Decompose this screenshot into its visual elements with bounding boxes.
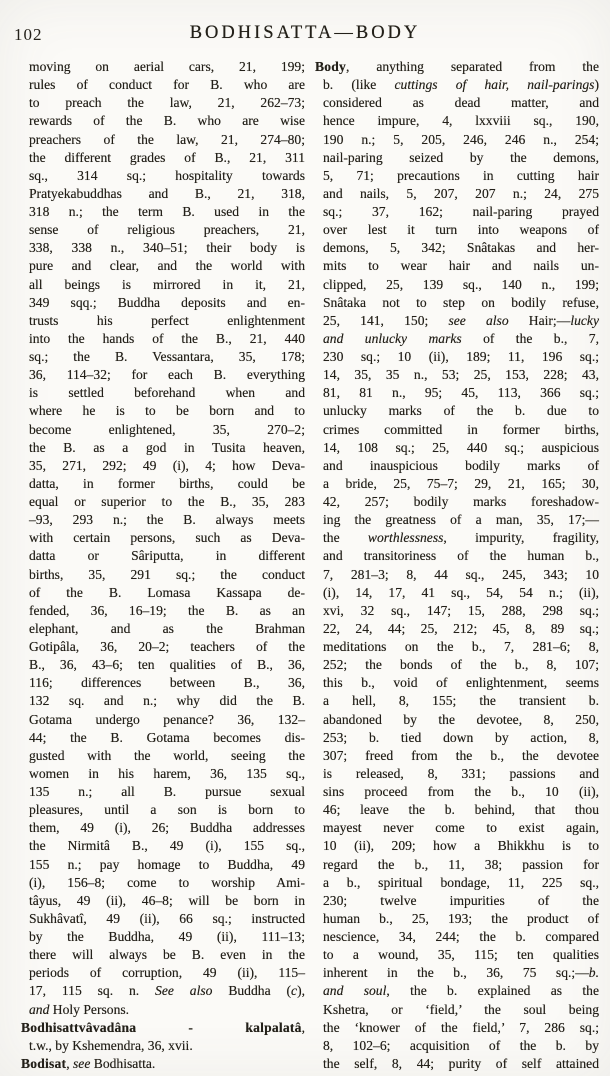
text-line: tâyus, 49 (ii), 46–8; will be born in	[21, 892, 305, 910]
text-line: abandoned by the devotee, 8, 250,	[315, 711, 599, 729]
text-line: the Nirmitâ B., 49 (i), 155 sq.,	[21, 837, 305, 855]
text-line: 155 n.; pay homage to Buddha, 49	[21, 856, 305, 874]
text-line: datta or Sâriputta, in different	[21, 547, 305, 565]
text-line: considered as dead matter, and	[315, 94, 599, 112]
text-line: B., 36, 43–6; ten qualities of B., 36,	[21, 656, 305, 674]
text-line: become enlightened, 35, 270–2;	[21, 421, 305, 439]
text-line: 349 sqq.; Buddha deposits and en-	[21, 294, 305, 312]
text-line: Gotama undergo penance? 36, 132–	[21, 711, 305, 729]
text-line: a bride, 25, 75–7; 29, 21, 165; 30,	[315, 475, 599, 493]
text-line: 35, 271, 292; 49 (i), 4; how Deva-	[21, 457, 305, 475]
text-line: sq.; the B. Vessantara, 35, 178;	[21, 348, 305, 366]
text-line: the ‘knower of the field,’ 7, 286 sq.;	[315, 1019, 599, 1037]
text-line: and inauspicious bodily marks of	[315, 457, 599, 475]
text-line: rules of conduct for B. who are	[21, 76, 305, 94]
text-line: Gotipâla, 36, 20–2; teachers of the	[21, 638, 305, 656]
text-line: a b., spiritual bondage, 11, 225 sq.,	[315, 874, 599, 892]
text-line: Snâtaka not to step on bodily refuse,	[315, 294, 599, 312]
page-number: 102	[14, 25, 43, 45]
text-line: nail-paring seized by the demons,	[315, 149, 599, 167]
text-line: 307; freed from the b., the devotee	[315, 747, 599, 765]
text-line: and unlucky marks of the b., 7,	[315, 330, 599, 348]
text-line: the B. as a god in Tusita heaven,	[21, 439, 305, 457]
text-line: there will always be B. even in the	[21, 946, 305, 964]
text-line: Pratyekabuddhas and B., 21, 318,	[21, 185, 305, 203]
text-line: to a wound, 35, 115; ten qualities	[315, 946, 599, 964]
text-line: equal or superior to the B., 35, 283	[21, 493, 305, 511]
text-line: gusted with the world, seeing the	[21, 747, 305, 765]
text-line: meditations on the b., 7, 281–6; 8,	[315, 638, 599, 656]
text-line: inherent in the b., 36, 75 sq.;—b.	[315, 964, 599, 982]
text-line: mits to wear hair and nails un-	[315, 257, 599, 275]
text-line: clipped, 25, 139 sq., 140 n., 199;	[315, 276, 599, 294]
text-line: 190 n.; 5, 205, 246, 246 n., 254;	[315, 131, 599, 149]
text-line: the different grades of B., 21, 311	[21, 149, 305, 167]
text-line: 42, 257; bodily marks foreshadow-	[315, 493, 599, 511]
text-line: Body, anything separated from the	[315, 58, 599, 76]
text-line: rewards of the B. who are wise	[21, 112, 305, 130]
text-line: and nails, 5, 207, 207 n.; 24, 275	[315, 185, 599, 203]
text-line: 7, 281–3; 8, 44 sq., 245, 343; 10	[315, 566, 599, 584]
text-line: by the Buddha, 49 (ii), 111–13;	[21, 928, 305, 946]
text-line: regard the b., 11, 38; passion for	[315, 856, 599, 874]
text-line: crimes committed in former births,	[315, 421, 599, 439]
text-line: this b., void of enlightenment, seems	[315, 674, 599, 692]
text-line: Sukhâvatî, 49 (ii), 66 sq.; instructed	[21, 910, 305, 928]
text-line: moving on aerial cars, 21, 199;	[21, 58, 305, 76]
text-line: 252; the bonds of the b., 8, 107;	[315, 656, 599, 674]
text-line: b. (like cuttings of hair, nail-parings)	[315, 76, 599, 94]
text-line: 46; leave the b. behind, that thou	[315, 801, 599, 819]
text-line: and Holy Persons.	[21, 1001, 305, 1019]
text-line: into the hands of the B., 21, 440	[21, 330, 305, 348]
left-column: moving on aerial cars, 21, 199;rules of …	[21, 58, 305, 1073]
text-line: them, 49 (i), 26; Buddha addresses	[21, 819, 305, 837]
text-line: Bodhisattvâvadâna - kalpalatâ,	[21, 1019, 305, 1037]
text-line: trusts his perfect enlightenment	[21, 312, 305, 330]
text-line: ing the greatness of a man, 35, 17;—	[315, 511, 599, 529]
text-line: 10 (ii), 209; how a Bhikkhu is to	[315, 837, 599, 855]
text-line: –93, 293 n.; the B. always meets	[21, 511, 305, 529]
text-line: a hell, 8, 155; the transient b.	[315, 692, 599, 710]
text-line: all beings is mirrored in it, 21,	[21, 276, 305, 294]
text-line: sins proceed from the b., 10 (ii),	[315, 783, 599, 801]
text-line: pleasures, until a son is born to	[21, 801, 305, 819]
text-line: is settled beforehand when and	[21, 384, 305, 402]
text-line: 338, 338 n., 340–51; their body is	[21, 239, 305, 257]
text-line: (i), 14, 17, 41 sq., 54, 54 n.; (ii),	[315, 584, 599, 602]
text-line: unlucky marks of the b. due to	[315, 402, 599, 420]
text-line: preachers of the law, 21, 274–80;	[21, 131, 305, 149]
text-line: 253; b. tied down by action, 8,	[315, 729, 599, 747]
book-page: 102 BODHISATTA—BODY moving on aerial car…	[0, 0, 610, 1076]
text-line: 25, 141, 150; see also Hair;—lucky	[315, 312, 599, 330]
right-column: Body, anything separated from theb. (lik…	[315, 58, 599, 1073]
text-line: fended, 36, 16–19; the B. as an	[21, 602, 305, 620]
text-line: 81, 81 n., 95; 45, 113, 366 sq.;	[315, 384, 599, 402]
text-line: 36, 114–32; for each B. everything	[21, 366, 305, 384]
text-line: 14, 35, 35 n., 53; 25, 153, 228; 43,	[315, 366, 599, 384]
text-line: 318 n.; the term B. used in the	[21, 203, 305, 221]
text-line: 8, 102–6; acquisition of the b. by	[315, 1037, 599, 1055]
text-line: (i), 156–8; come to worship Ami-	[21, 874, 305, 892]
text-line: 116; differences between B., 36,	[21, 674, 305, 692]
text-line: 17, 115 sq. n. See also Buddha (c),	[21, 982, 305, 1000]
text-line: of the B. Lomasa Kassapa de-	[21, 584, 305, 602]
text-line: datta, in former births, could be	[21, 475, 305, 493]
text-line: sense of religious preachers, 21,	[21, 221, 305, 239]
text-line: nescience, 34, 244; the b. compared	[315, 928, 599, 946]
text-line: is released, 8, 331; passions and	[315, 765, 599, 783]
text-line: over lest it turn into weapons of	[315, 221, 599, 239]
text-line: t.w., by Kshemendra, 36, xvii.	[21, 1037, 305, 1055]
text-line: sq.; 37, 162; nail-paring prayed	[315, 203, 599, 221]
text-line: human b., 25, 193; the product of	[315, 910, 599, 928]
text-line: hence impure, 4, lxxviii sq., 190,	[315, 112, 599, 130]
text-line: 44; the B. Gotama becomes dis-	[21, 729, 305, 747]
text-line: and transitoriness of the human b.,	[315, 547, 599, 565]
text-line: Kshetra, or ‘field,’ the soul being	[315, 1001, 599, 1019]
text-line: to preach the law, 21, 262–73;	[21, 94, 305, 112]
page-title: BODHISATTA—BODY	[0, 22, 610, 44]
text-line: 5, 71; precautions in cutting hair	[315, 167, 599, 185]
text-line: 22, 24, 44; 25, 212; 45, 8, 89 sq.;	[315, 620, 599, 638]
text-columns: moving on aerial cars, 21, 199;rules of …	[21, 58, 599, 1073]
text-line: xvi, 32 sq., 147; 15, 288, 298 sq.;	[315, 602, 599, 620]
text-line: with certain persons, such as Deva-	[21, 529, 305, 547]
text-line: where he is to be born and to	[21, 402, 305, 420]
text-line: demons, 5, 342; Snâtakas and her-	[315, 239, 599, 257]
text-line: women in his harem, 36, 135 sq.,	[21, 765, 305, 783]
text-line: the worthlessness, impurity, fragility,	[315, 529, 599, 547]
text-line: births, 35, 291 sq.; the conduct	[21, 566, 305, 584]
text-line: 14, 108 sq.; 25, 440 sq.; auspicious	[315, 439, 599, 457]
text-line: pure and clear, and the world with	[21, 257, 305, 275]
running-header: 102 BODHISATTA—BODY	[0, 22, 610, 48]
text-line: Bodisat, see Bodhisatta.	[21, 1055, 305, 1073]
text-line: periods of corruption, 49 (ii), 115–	[21, 964, 305, 982]
text-line: sq., 314 sq.; hospitality towards	[21, 167, 305, 185]
text-line: the self, 8, 44; purity of self attained	[315, 1055, 599, 1073]
text-line: mayest never come to exist again,	[315, 819, 599, 837]
text-line: 230; twelve impurities of the	[315, 892, 599, 910]
text-line: elephant, and as the Brahman	[21, 620, 305, 638]
text-line: 132 sq. and n.; why did the B.	[21, 692, 305, 710]
text-line: 135 n.; all B. pursue sexual	[21, 783, 305, 801]
text-line: 230 sq.; 10 (ii), 189; 11, 196 sq.;	[315, 348, 599, 366]
text-line: and soul, the b. explained as the	[315, 982, 599, 1000]
